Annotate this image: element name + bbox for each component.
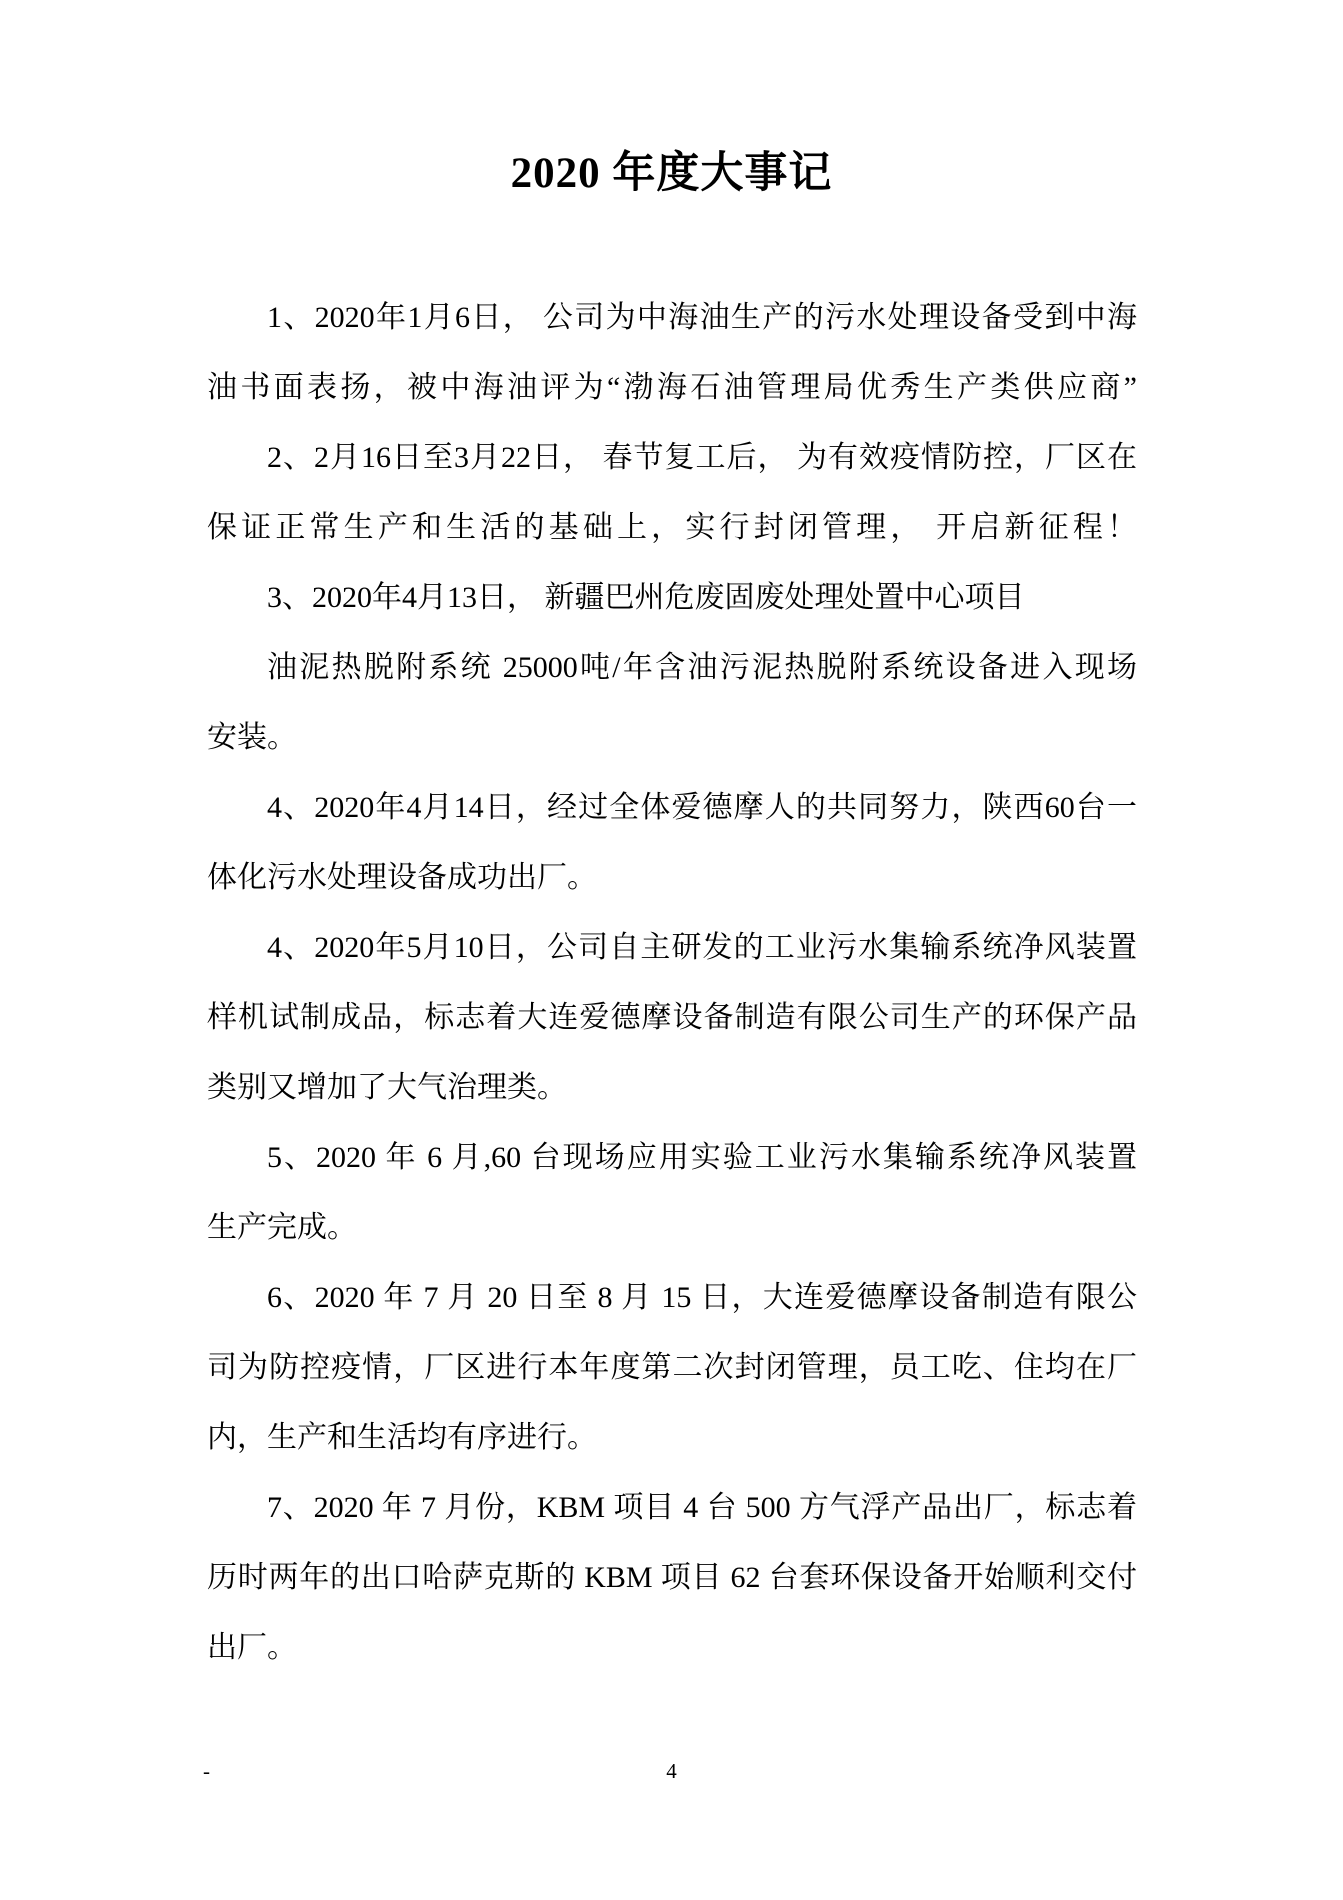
document-title: 2020 年度大事记 <box>0 150 1343 197</box>
document-line: 体化污水处理设备成功出厂。 <box>207 843 1137 913</box>
document-line: 安装。 <box>207 703 1137 773</box>
document-line: 1、2020年1月6日， 公司为中海油生产的污水处理设备受到中海 <box>207 283 1137 353</box>
document-line: 2、2月16日至3月22日， 春节复工后， 为有效疫情防控，厂区在 <box>207 423 1137 493</box>
document-line: 5、2020 年 6 月,60 台现场应用实验工业污水集输系统净风装置 <box>207 1123 1137 1193</box>
document-line: 3、2020年4月13日， 新疆巴州危废固废处理处置中心项目 <box>207 563 1137 633</box>
document-line: 保证正常生产和生活的基础上，实行封闭管理， 开启新征程！ <box>207 493 1137 563</box>
document-line: 类别又增加了大气治理类。 <box>207 1053 1137 1123</box>
document-line: 6、2020 年 7 月 20 日至 8 月 15 日，大连爱德摩设备制造有限公 <box>207 1263 1137 1333</box>
document-line: 4、2020年5月10日，公司自主研发的工业污水集输系统净风装置 <box>207 913 1137 983</box>
document-line: 历时两年的出口哈萨克斯的 KBM 项目 62 台套环保设备开始顺利交付 <box>207 1543 1137 1613</box>
document-line: 出厂。 <box>207 1613 1137 1683</box>
document-line: 司为防控疫情，厂区进行本年度第二次封闭管理，员工吃、住均在厂 <box>207 1333 1137 1403</box>
document-line: 4、2020年4月14日，经过全体爱德摩人的共同努力，陕西60台一 <box>207 773 1137 843</box>
document-line: 油书面表扬，被中海油评为“渤海石油管理局优秀生产类供应商” <box>207 353 1137 423</box>
document-body: 1、2020年1月6日， 公司为中海油生产的污水处理设备受到中海 油书面表扬，被… <box>207 283 1137 1683</box>
document-line: 生产完成。 <box>207 1193 1137 1263</box>
document-line: 内，生产和生活均有序进行。 <box>207 1403 1137 1473</box>
document-line: 样机试制成品，标志着大连爱德摩设备制造有限公司生产的环保产品 <box>207 983 1137 1053</box>
document-line: 油泥热脱附系统 25000吨/年含油污泥热脱附系统设备进入现场 <box>207 633 1137 703</box>
document-line: 7、2020 年 7 月份，KBM 项目 4 台 500 方气浮产品出厂，标志着 <box>207 1473 1137 1543</box>
footer-page-number: 4 <box>0 1756 1343 1786</box>
document-page: 2020 年度大事记 1、2020年1月6日， 公司为中海油生产的污水处理设备受… <box>0 0 1343 1900</box>
